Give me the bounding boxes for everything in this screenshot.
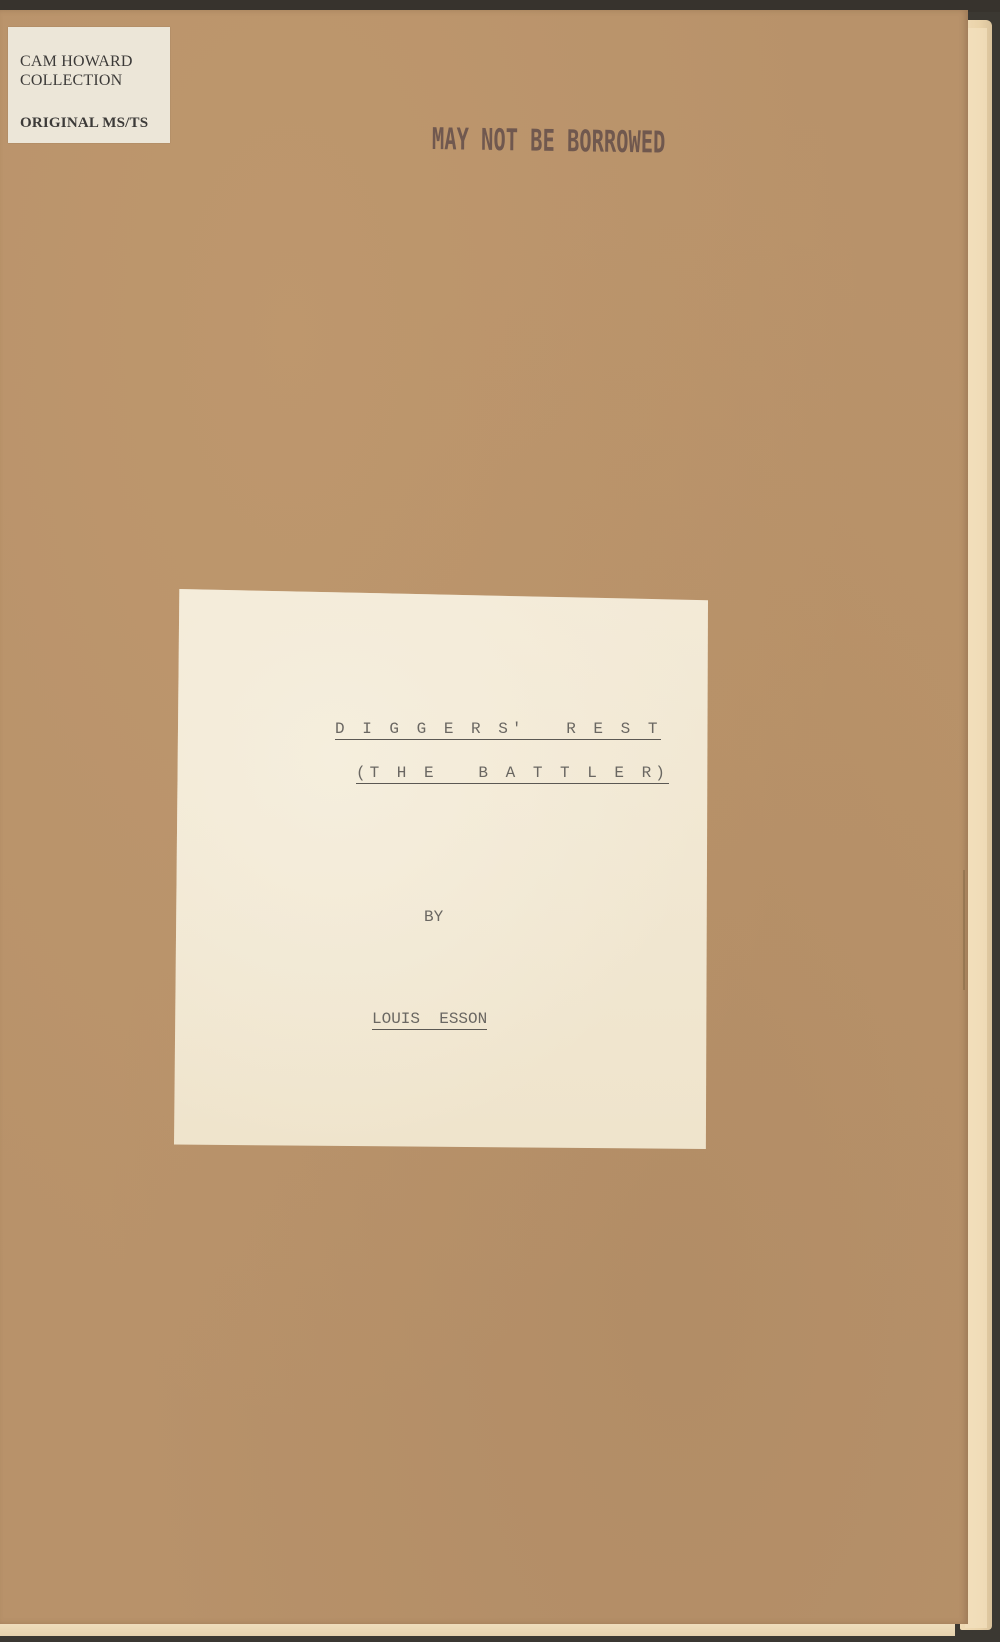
cover-crease xyxy=(963,870,965,990)
borrowing-stamp: MAY NOT BE BORROWED xyxy=(432,122,629,160)
collection-label-line3: ORIGINAL MS/TS xyxy=(20,114,148,132)
collection-label-line2: COLLECTION xyxy=(20,72,122,90)
byline-by: BY xyxy=(424,908,443,926)
collection-label-line1: CAM HOWARD xyxy=(20,53,133,71)
document-subtitle: (T H E B A T T L E R) xyxy=(356,764,669,784)
folder-cover: CAM HOWARD COLLECTION ORIGINAL MS/TS MAY… xyxy=(0,10,968,1624)
document-title: D I G G E R S' R E S T xyxy=(335,720,661,740)
author-name: LOUIS ESSON xyxy=(372,1010,487,1030)
title-label: D I G G E R S' R E S T (T H E B A T T L … xyxy=(174,589,708,1149)
page-stack-bottom-edge xyxy=(0,1622,955,1636)
page-stack-inner-edge xyxy=(965,28,987,1628)
collection-label: CAM HOWARD COLLECTION ORIGINAL MS/TS xyxy=(8,27,170,143)
